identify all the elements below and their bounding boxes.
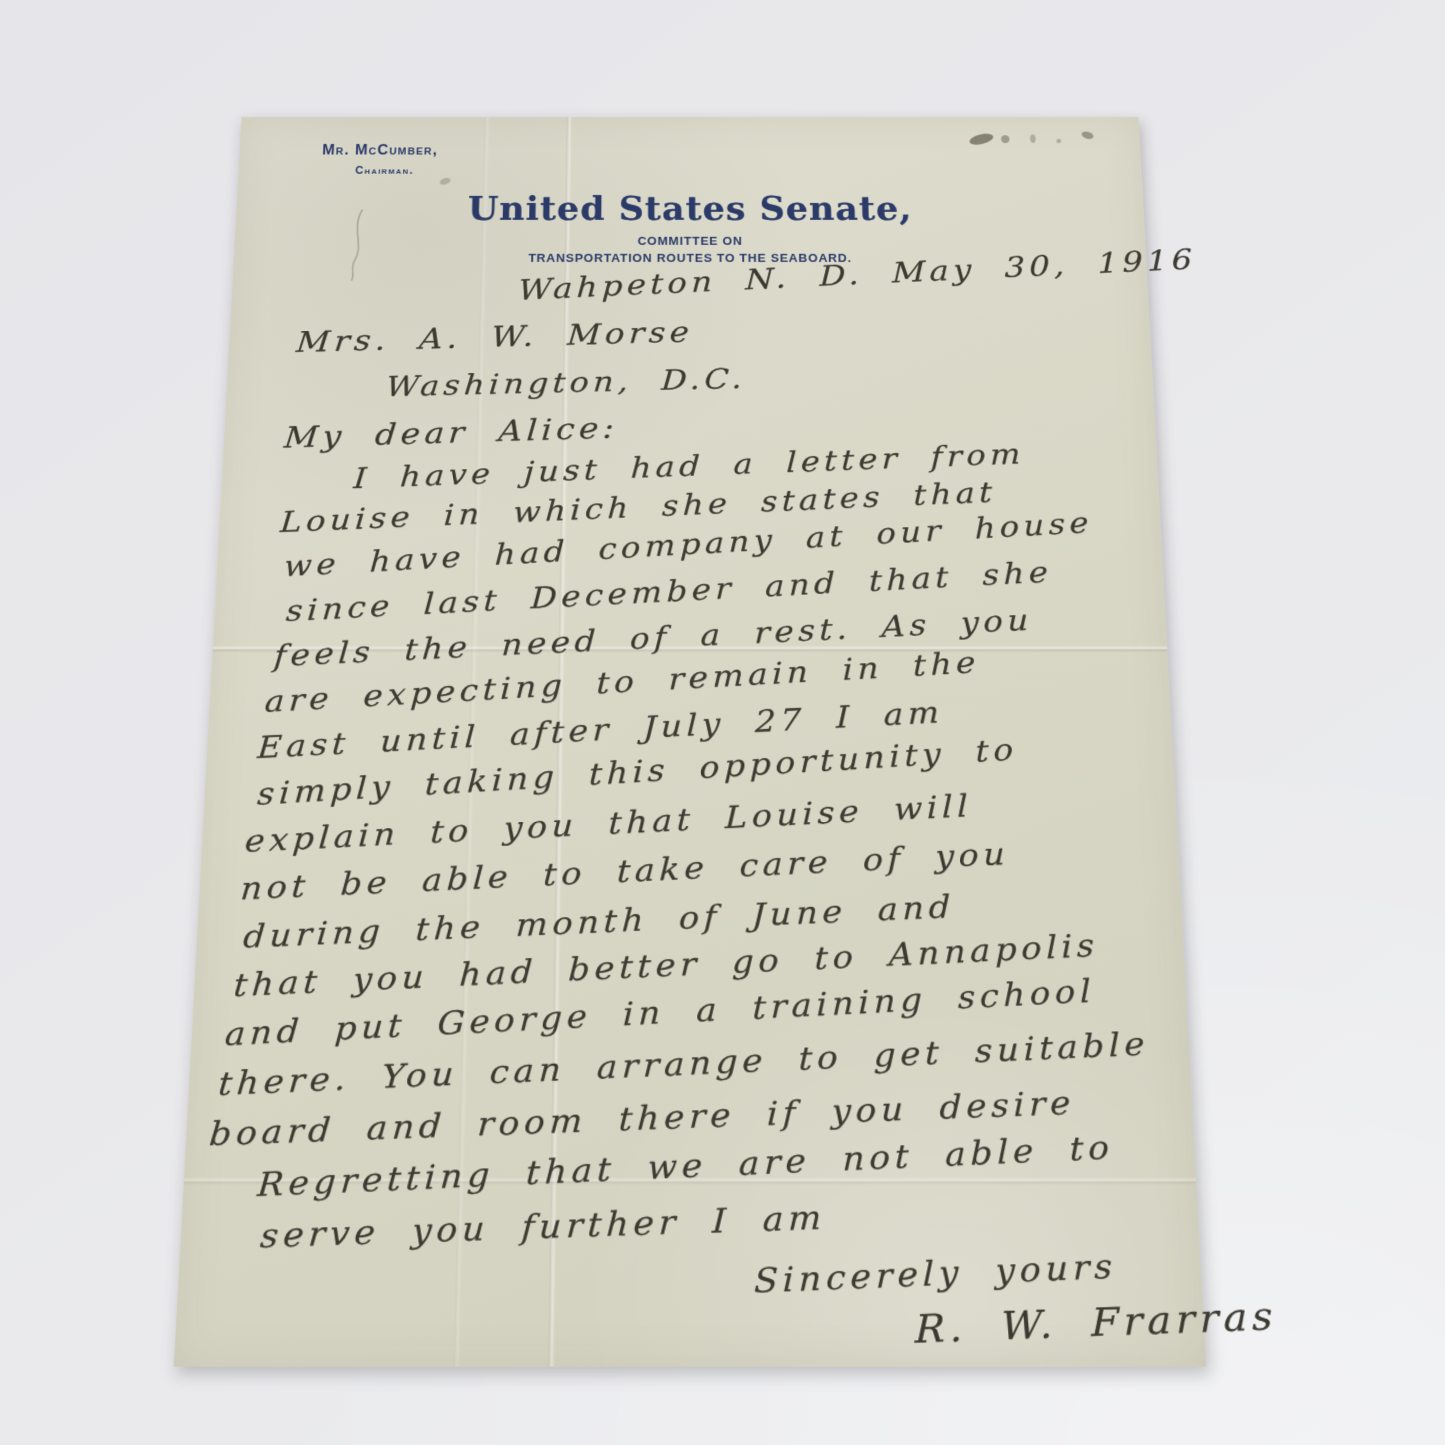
handwritten-line: serve you further I am [259,1199,827,1257]
paper-perspective-wrap: Mr. McCumber, Chairman. United States Se… [174,117,1206,1367]
ink-smudge [1081,130,1095,140]
ink-smudge [1001,135,1010,143]
letterhead-sender-title: Chairman. [355,164,414,176]
salutation: My dear Alice: [283,411,619,455]
recipient-city: Washington, D.C. [385,363,747,404]
ink-smudge [968,132,994,147]
letterhead-sender-name: Mr. McCumber, [322,143,438,159]
stray-mark [439,177,452,186]
ink-smudge [1030,134,1036,143]
recipient-name: Mrs. A. W. Morse [295,316,694,360]
ink-smudge [1056,139,1061,143]
letterhead-committee-line-1: COMMITTEE ON [234,234,1145,247]
letterhead-organization: United States Senate, [235,189,1144,228]
signature: R. W. Frarras [915,1294,1278,1353]
photo-background: Mr. McCumber, Chairman. United States Se… [0,0,1445,1445]
letter-paper: Mr. McCumber, Chairman. United States Se… [174,117,1206,1367]
closing: Sincerely yours [753,1247,1117,1301]
